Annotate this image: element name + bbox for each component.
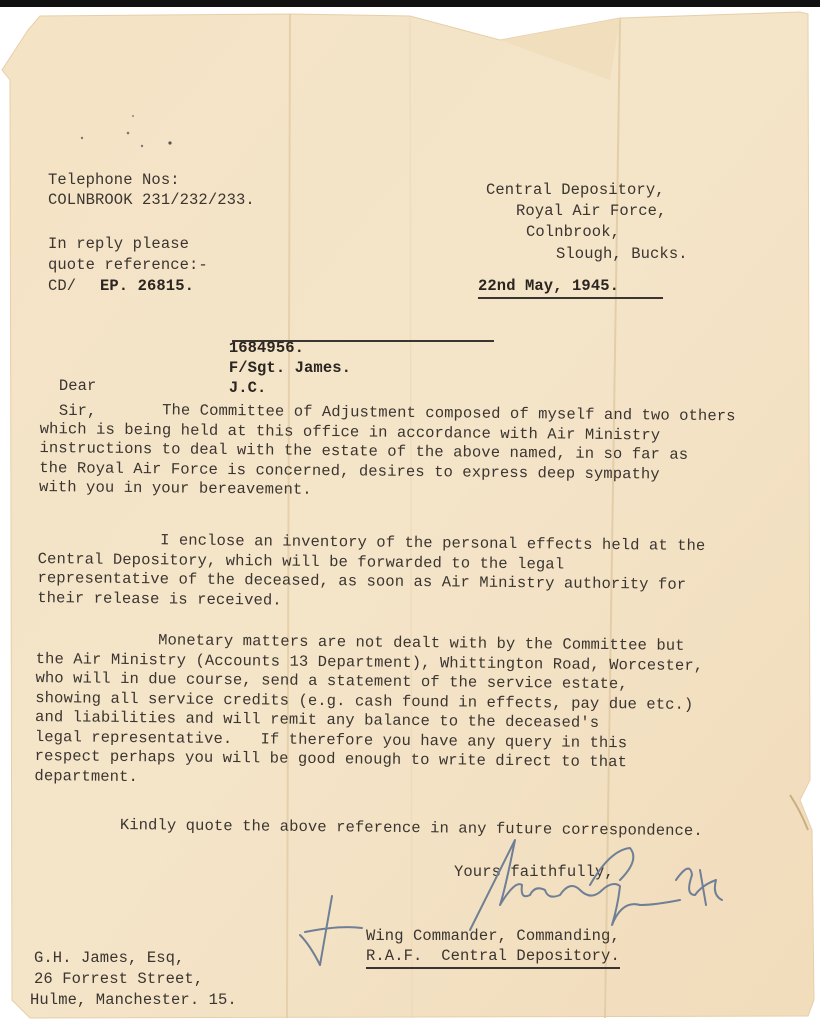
recipient-line-1: G.H. James, Esq, — [34, 948, 184, 968]
reference-prefix: CD/ — [48, 276, 76, 296]
recipient-line-2: 26 Forrest Street, — [34, 969, 203, 989]
paper-background — [0, 0, 820, 1024]
signatory-title: Wing Commander, Commanding, — [366, 926, 620, 946]
telephone-numbers: COLNBROOK 231/232/233. — [48, 190, 255, 210]
reply-instruction-line-1: In reply please — [48, 234, 189, 254]
letter-paper — [0, 0, 820, 1024]
sender-address-line-3: Colnbrook, — [526, 222, 620, 242]
rank-name: F/Sgt. James. — [229, 359, 351, 377]
paragraph-3: Monetary matters are not dealt with by t… — [34, 630, 703, 793]
telephone-label: Telephone Nos: — [48, 170, 180, 190]
initials: J.C. — [229, 379, 267, 397]
signatory-unit: R.A.F. Central Depository. — [366, 946, 620, 969]
letter-date: 22nd May, 1945. — [478, 276, 663, 299]
paragraph-1: The Committee of Adjustment composed of … — [39, 400, 736, 505]
salutation-dear: Dear — [59, 377, 97, 395]
reference-number: EP. 26815. — [100, 276, 194, 296]
sender-address-line-1: Central Depository, — [486, 180, 665, 200]
paragraph-2: I enclose an inventory of the personal e… — [37, 530, 705, 615]
recipient-line-3: Hulme, Manchester. 15. — [30, 990, 237, 1010]
subject-line: 1684956. F/Sgt. James. J.C. — [210, 318, 351, 398]
subject-underline — [232, 340, 494, 342]
sender-address-line-4: Slough, Bucks. — [556, 244, 688, 264]
reply-instruction-line-2: quote reference:- — [48, 255, 208, 275]
sender-address-line-2: Royal Air Force, — [516, 201, 666, 221]
valediction: Yours faithfully, — [454, 862, 614, 882]
